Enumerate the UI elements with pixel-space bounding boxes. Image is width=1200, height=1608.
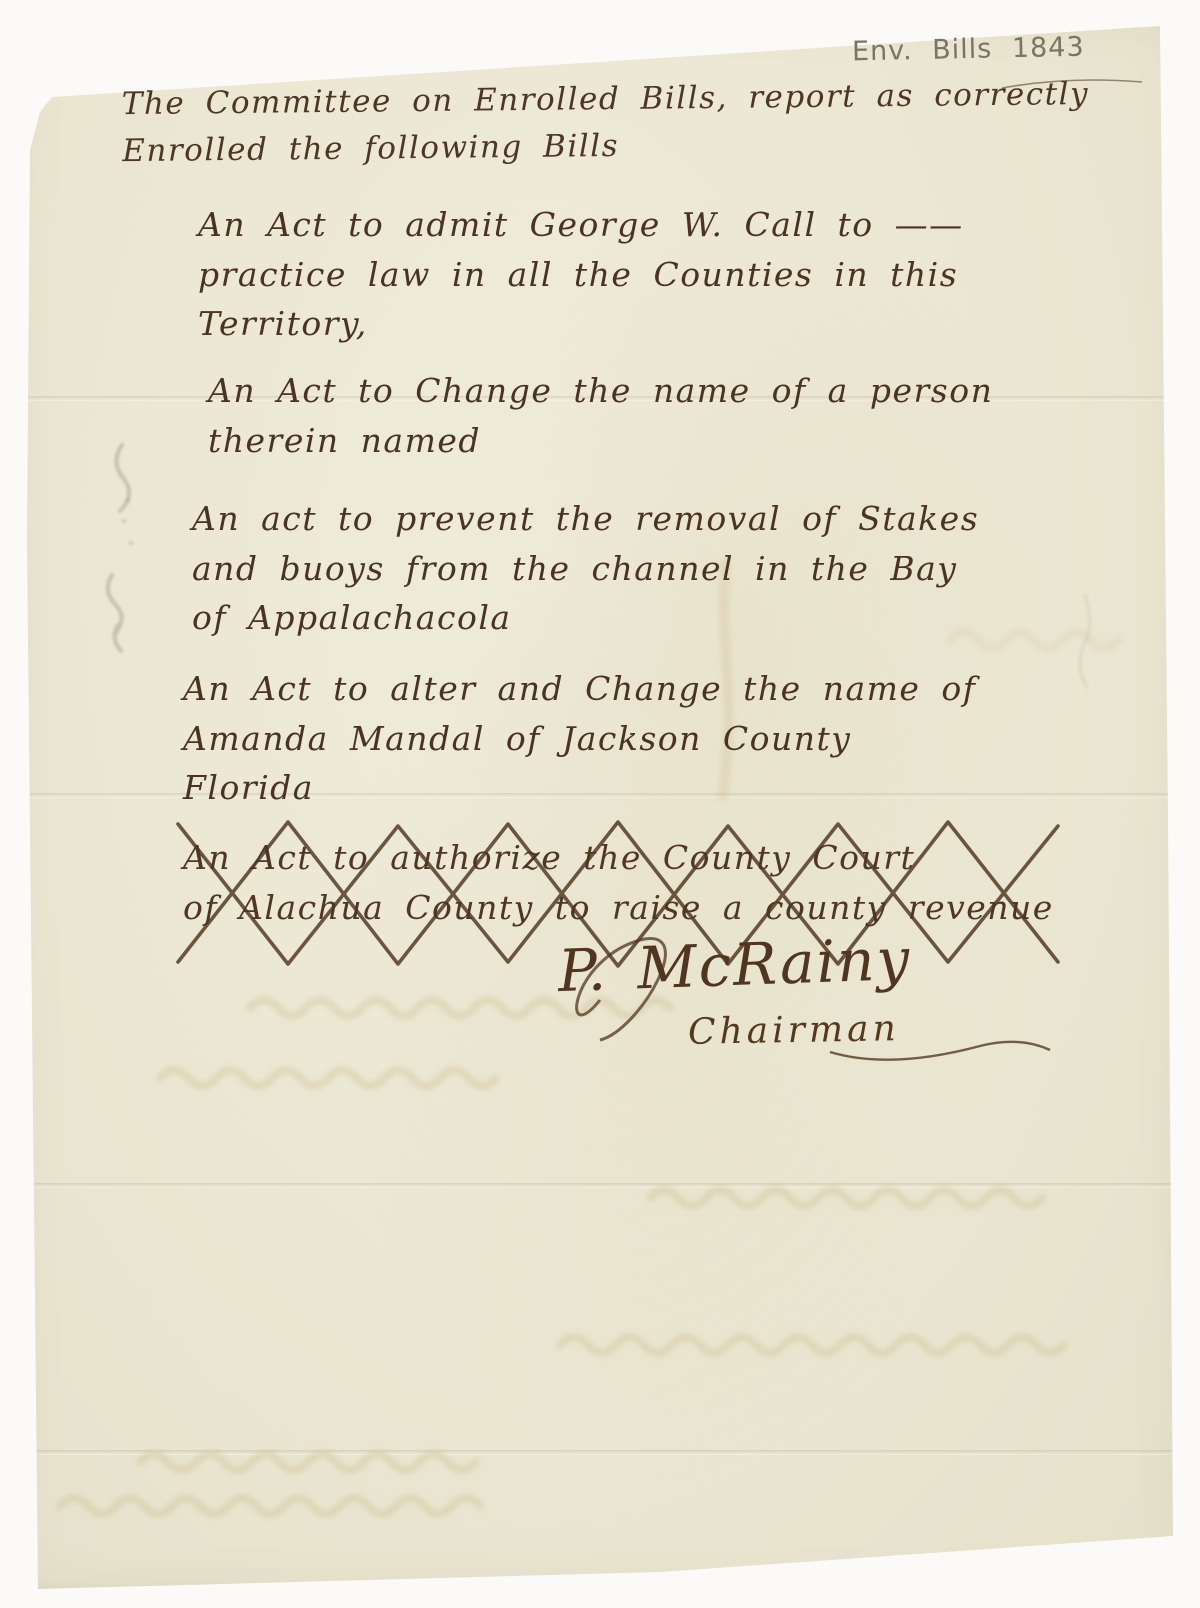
bill-title-2: An Act to Change the name of a person th… <box>208 366 993 465</box>
bill-title-1: An Act to admit George W. Call to —— pra… <box>198 200 964 349</box>
bill-title-3: An act to prevent the removal of Stakes … <box>192 494 979 643</box>
bill-title-5-struck-out: An Act to authorize the County Court of … <box>183 833 1054 932</box>
fold-crease-4 <box>0 1450 1200 1455</box>
bill-title-4: An Act to alter and Change the name of A… <box>183 664 977 813</box>
archival-note-pencil: Env. Bills 1843 <box>852 32 1085 68</box>
signature-title-chairman: Chairman <box>688 1002 901 1060</box>
signature-chairman-name: P. McRainy <box>557 916 913 1015</box>
heading-committee-report: The Committee on Enrolled Bills, report … <box>122 71 1103 174</box>
scanned-document-page: Env. Bills 1843 The Committee on Enrolle… <box>0 0 1200 1608</box>
fold-crease-3 <box>0 1183 1200 1188</box>
